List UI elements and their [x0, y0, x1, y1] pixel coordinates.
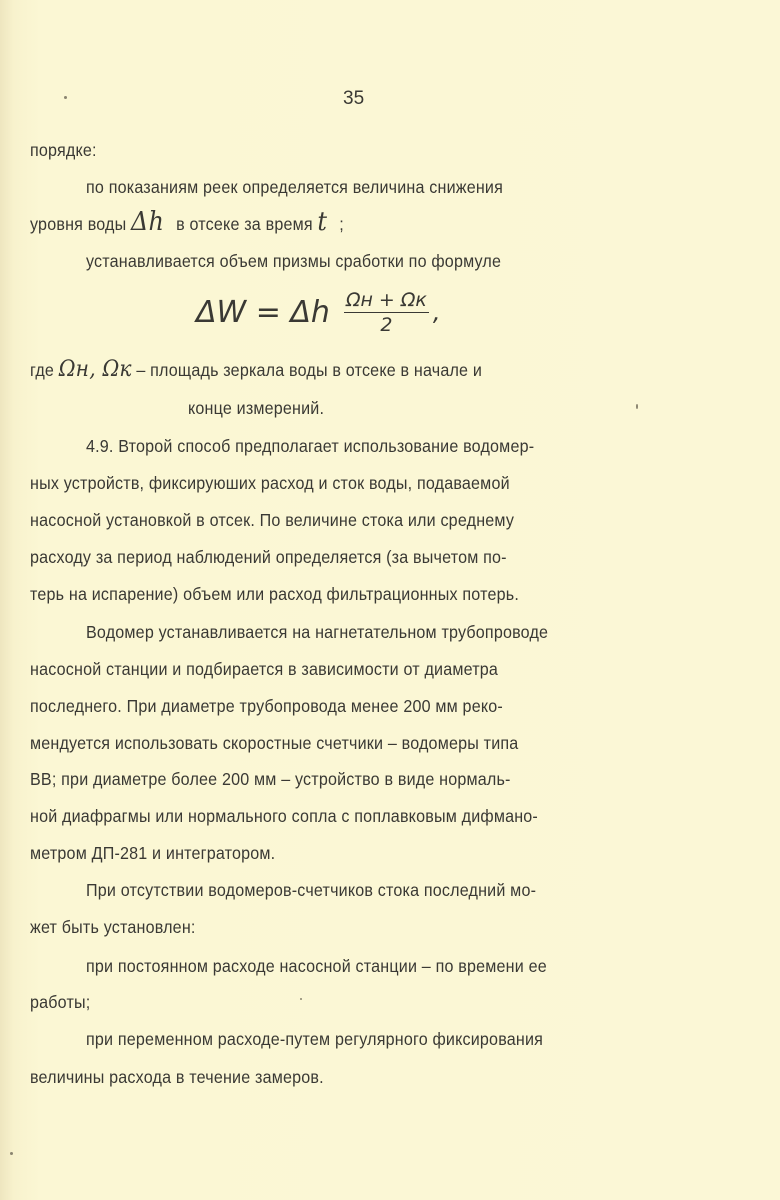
text-line: метром ДП-281 и интегратором. [30, 843, 275, 863]
text-line: работы; [30, 992, 90, 1012]
text-fragment: в отсеке за время [176, 214, 313, 234]
paper-speck [636, 404, 638, 409]
text-line: жет быть установлен: [30, 917, 196, 937]
text-line: насосной станции и подбирается в зависим… [30, 659, 498, 679]
formula: ΔW = Δh Ωн + Ωк 2 , [196, 282, 441, 342]
text-line: терь на испарение) объем или расход филь… [30, 584, 519, 604]
formula-fraction: Ωн + Ωк 2 [344, 289, 429, 336]
text-line: устанавливается объем призмы сработки по… [86, 251, 501, 271]
text-line: мендуется использовать скоростные счетчи… [30, 733, 518, 753]
formula-denominator: 2 [380, 313, 392, 336]
text-line: при постоянном расходе насосной станции … [86, 956, 547, 976]
text-line: ных устройств, фиксируюших расход и сток… [30, 473, 510, 493]
paper-speck [10, 1152, 13, 1155]
paper-speck [64, 96, 67, 99]
text-line: порядке: [30, 140, 97, 160]
text-line: ной диафрагмы или нормального сопла с по… [30, 806, 538, 826]
text-line: насосной установкой в отсек. По величине… [30, 510, 514, 530]
formula-comma: , [433, 298, 441, 326]
text-line: конце измерений. [188, 398, 324, 418]
text-line: 4.9. Второй способ предполагает использо… [86, 436, 534, 456]
text-fragment: уровня воды [30, 214, 126, 234]
text-line: последнего. При диаметре трубопровода ме… [30, 696, 503, 716]
formula-numerator: Ωн + Ωк [344, 289, 429, 313]
page-number: 35 [343, 88, 364, 110]
omega-symbols: Ωн, Ωк [59, 357, 132, 382]
text-line-with-symbols: уровня воды Δh в отсеке за время t ; [30, 212, 344, 234]
text-line: по показаниям реек определяется величина… [86, 177, 503, 197]
text-fragment: – площадь зеркала воды в отсеке в начале… [136, 360, 482, 380]
text-fragment: где [30, 360, 54, 380]
text-line: расходу за период наблюдений определяетс… [30, 547, 507, 567]
text-line: ВВ; при диаметре более 200 мм – устройст… [30, 769, 511, 789]
text-line: Водомер устанавливается на нагнетательно… [86, 622, 548, 642]
text-line: При отсутствии водомеров-счетчиков стока… [86, 880, 536, 900]
paper-speck [300, 998, 302, 1000]
delta-h-symbol: Δh [131, 207, 164, 237]
t-symbol: t [317, 207, 327, 237]
text-line: при переменном расходе-путем регулярного… [86, 1029, 543, 1049]
document-page: 35 порядке: по показаниям реек определяе… [0, 0, 780, 1200]
text-line: величины расхода в течение замеров. [30, 1067, 324, 1087]
text-fragment: ; [339, 214, 344, 234]
formula-lhs: ΔW = Δh [196, 295, 330, 330]
text-line-with-symbols: где Ωн, Ωк – площадь зеркала воды в отсе… [30, 360, 482, 380]
